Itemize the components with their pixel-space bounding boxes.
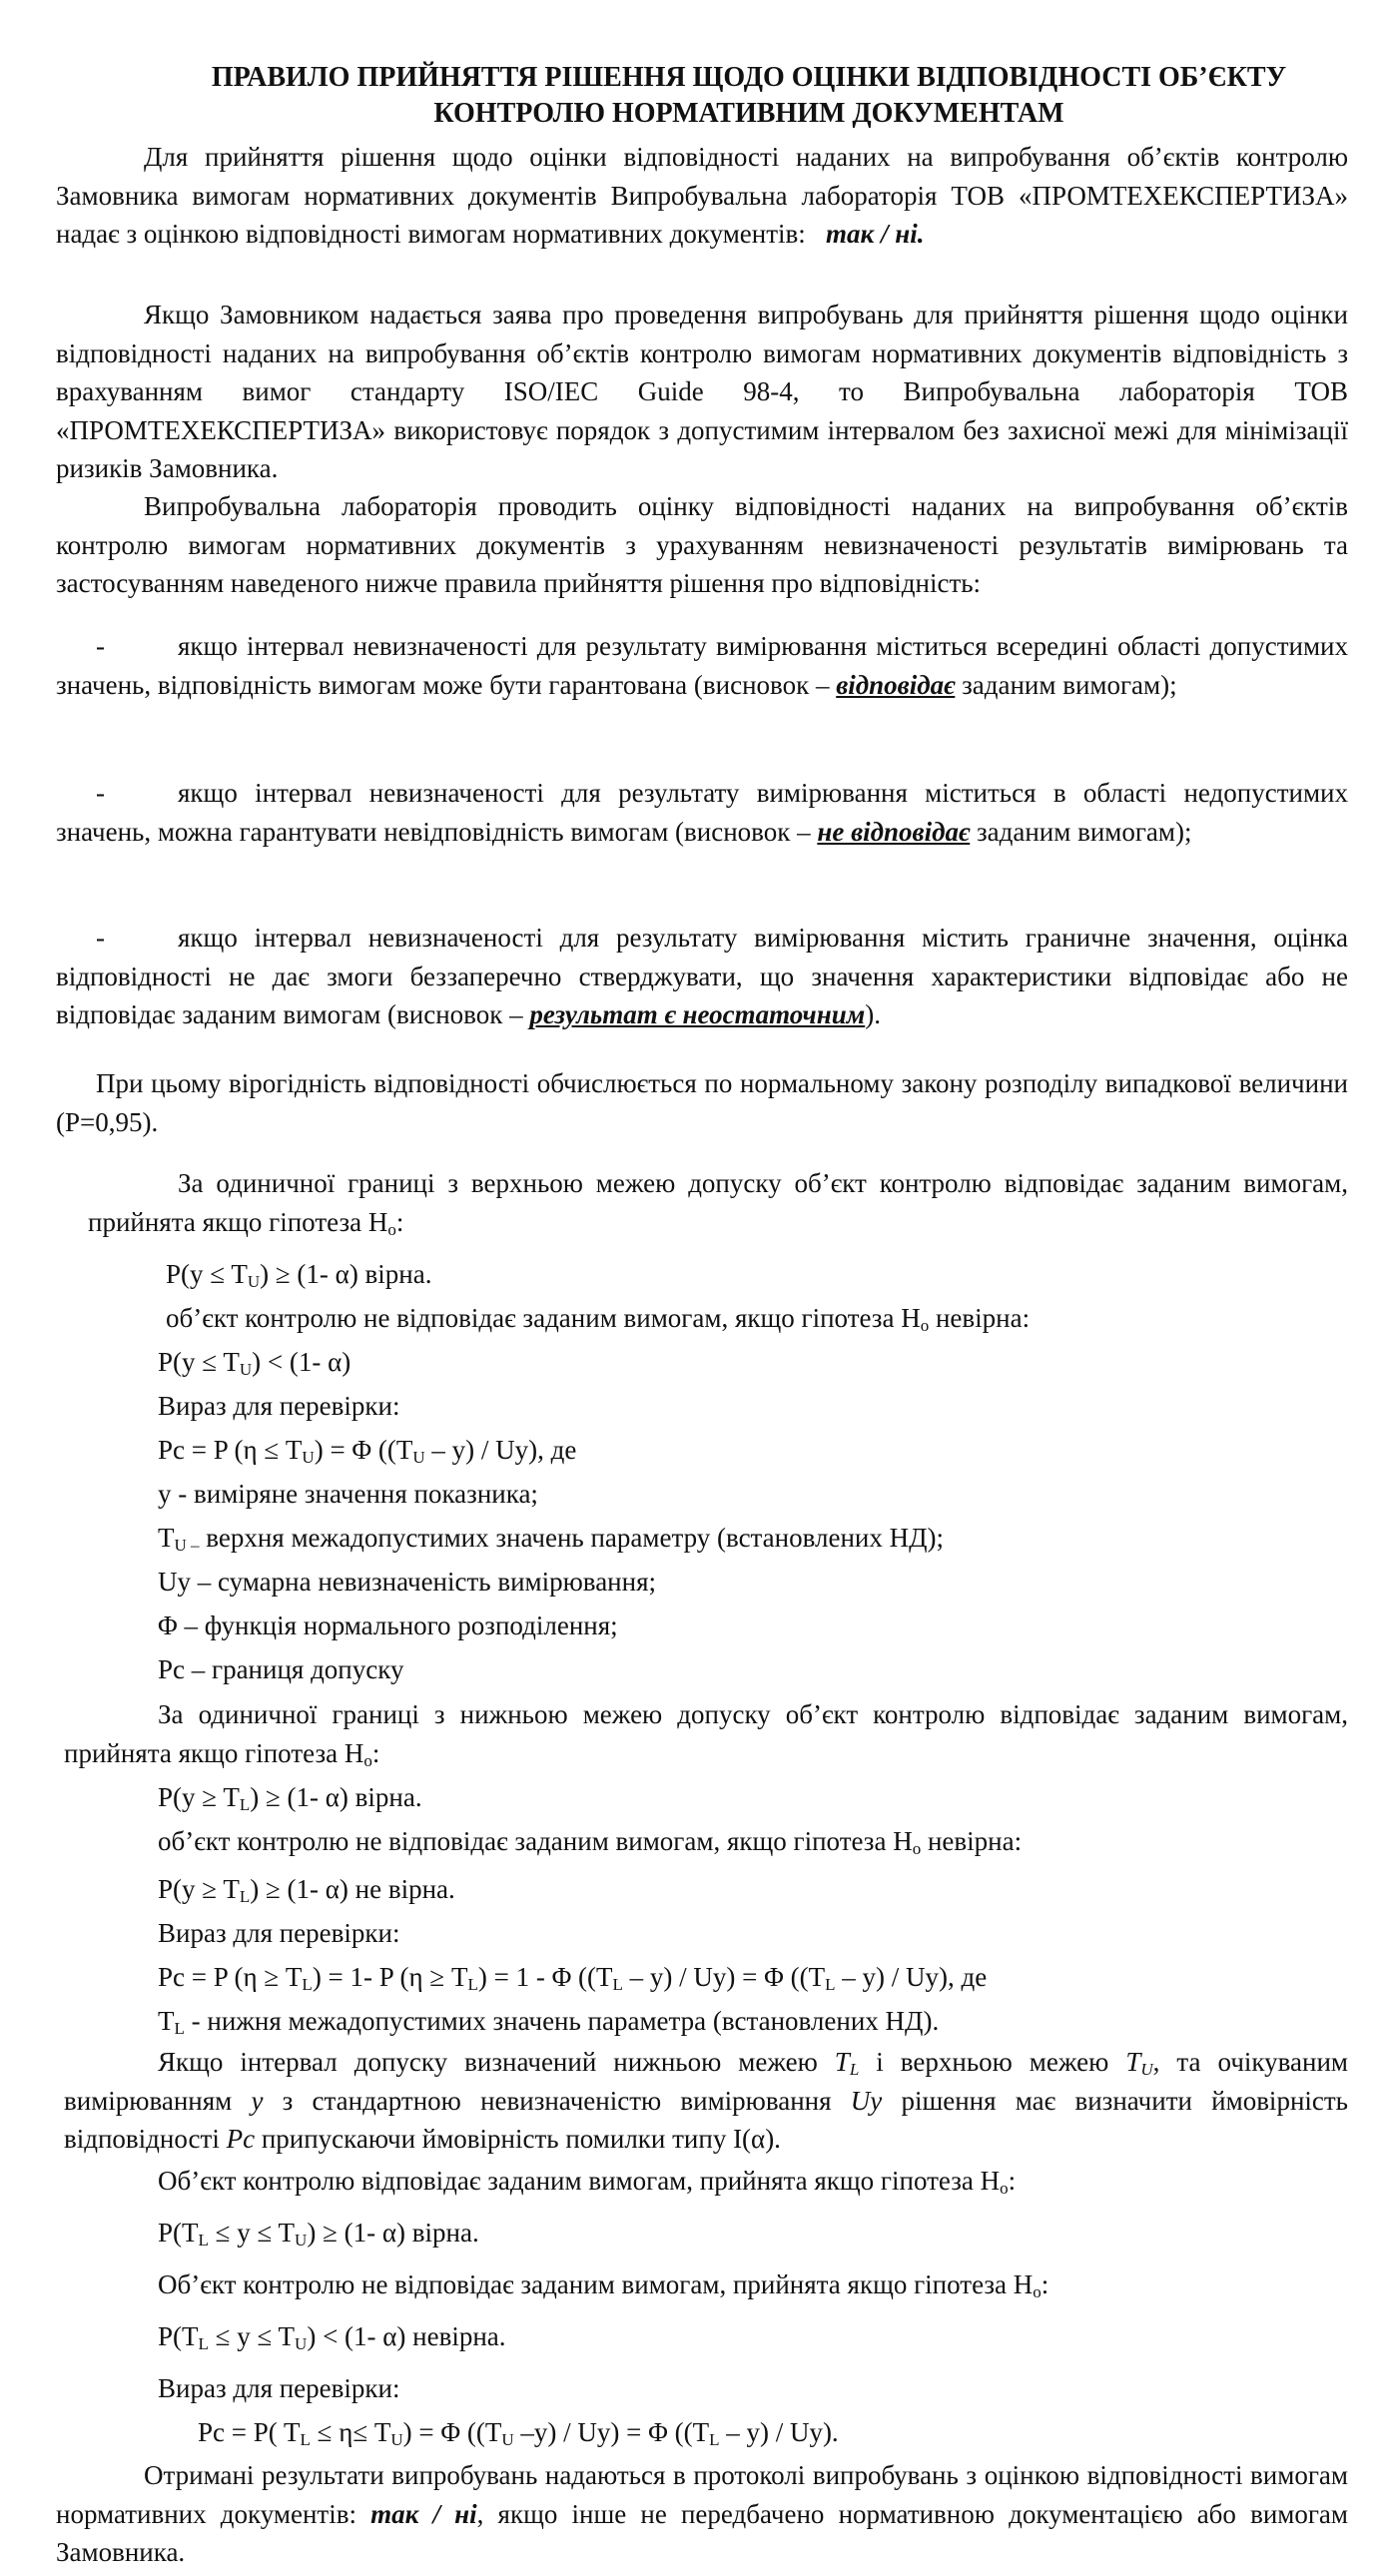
definition-pc: Pc – границя допуску bbox=[158, 1651, 403, 1687]
upper-formula-accept: P(y ≤ TU) ≥ (1- α) вірна. bbox=[166, 1256, 432, 1292]
interval-formula-accept: P(TL ≤ y ≤ TU) ≥ (1- α) вірна. bbox=[158, 2215, 479, 2251]
upper-check-label: Вираз для перевірки: bbox=[158, 1388, 399, 1424]
bullet-item-conforms: -якщо інтервал невизначеності для резуль… bbox=[56, 627, 1348, 704]
interval-check-formula: Pc = P( TL ≤ η≤ TU) = Φ ((TU –y) / Uy) =… bbox=[198, 2414, 839, 2450]
definition-y: y - виміряне значення показника; bbox=[158, 1476, 538, 1512]
bullet-item-inconclusive: -якщо інтервал невизначеності для резуль… bbox=[56, 919, 1348, 1034]
upper-limit-intro: За одиничної границі з верхньою межею до… bbox=[88, 1164, 1348, 1241]
lower-formula-reject: P(y ≥ TL) ≥ (1- α) не вірна. bbox=[158, 1871, 455, 1907]
document-title: ПРАВИЛО ПРИЙНЯТТЯ РІШЕННЯ ЩОДО ОЦІНКИ ВІ… bbox=[140, 60, 1358, 132]
intro-paragraph: Для прийняття рішення щодо оцінки відпов… bbox=[56, 138, 1348, 254]
definition-tl: TL - нижня межадопустимих значень параме… bbox=[158, 2003, 939, 2039]
title-line-1: ПРАВИЛО ПРИЙНЯТТЯ РІШЕННЯ ЩОДО ОЦІНКИ ВІ… bbox=[212, 62, 1286, 93]
interval-accept-text: Об’єкт контролю відповідає заданим вимог… bbox=[158, 2163, 1016, 2199]
interval-check-label: Вираз для перевірки: bbox=[158, 2370, 399, 2406]
iso-paragraph: Якщо Замовником надається заява про пров… bbox=[56, 296, 1348, 488]
lower-limit-intro: За одиничної границі з нижньою межею доп… bbox=[64, 1695, 1348, 1772]
interval-formula-reject: P(TL ≤ y ≤ TU) < (1- α) невірна. bbox=[158, 2318, 506, 2354]
bullet-item-nonconforms: -якщо інтервал невизначеності для резуль… bbox=[56, 774, 1348, 851]
yes-no-emphasis: так / ні. bbox=[826, 219, 924, 249]
probability-paragraph: При цьому вірогідність відповідності обч… bbox=[56, 1064, 1348, 1141]
closing-paragraph: Отримані результати випробувань надаютьс… bbox=[56, 2456, 1348, 2572]
lower-check-label: Вираз для перевірки: bbox=[158, 1915, 399, 1951]
conclusion-conforms: відповідає bbox=[836, 670, 955, 700]
bullet-dash: - bbox=[96, 919, 178, 958]
lower-formula-accept: P(y ≥ TL) ≥ (1- α) вірна. bbox=[158, 1779, 422, 1815]
conclusion-inconclusive: результат є неостаточним bbox=[529, 999, 865, 1029]
upper-formula-reject: P(y ≤ TU) < (1- α) bbox=[158, 1344, 350, 1380]
title-line-2: КОНТРОЛЮ НОРМАТИВНИМ ДОКУМЕНТАМ bbox=[433, 98, 1063, 129]
interval-reject-text: Об’єкт контролю не відповідає заданим ви… bbox=[158, 2266, 1048, 2302]
definition-phi: Φ – функція нормального розподілення; bbox=[158, 1608, 618, 1643]
lower-check-formula: Pc = P (η ≥ TL) = 1- P (η ≥ TL) = 1 - Φ … bbox=[158, 1959, 987, 1995]
bullet-dash: - bbox=[96, 627, 178, 666]
interval-paragraph: Якщо інтервал допуску визначений нижньою… bbox=[64, 2043, 1348, 2159]
upper-reject-text: об’єкт контролю не відповідає заданим ви… bbox=[166, 1300, 1030, 1336]
definition-tu: TU – верхня межадопустимих значень парам… bbox=[158, 1520, 944, 1556]
bullet-dash: - bbox=[96, 774, 178, 813]
conclusion-nonconforms: не відповідає bbox=[817, 817, 970, 847]
upper-check-formula: Pc = P (η ≤ TU) = Φ ((TU – y) / Uy), де bbox=[158, 1432, 576, 1468]
lower-reject-text: об’єкт контролю не відповідає заданим ви… bbox=[158, 1823, 1022, 1859]
yes-no-emphasis: так / ні bbox=[370, 2499, 477, 2529]
lab-paragraph: Випробувальна лабораторія проводить оцін… bbox=[56, 487, 1348, 603]
definition-uy: Uy – сумарна невизначеність вимірювання; bbox=[158, 1564, 656, 1600]
